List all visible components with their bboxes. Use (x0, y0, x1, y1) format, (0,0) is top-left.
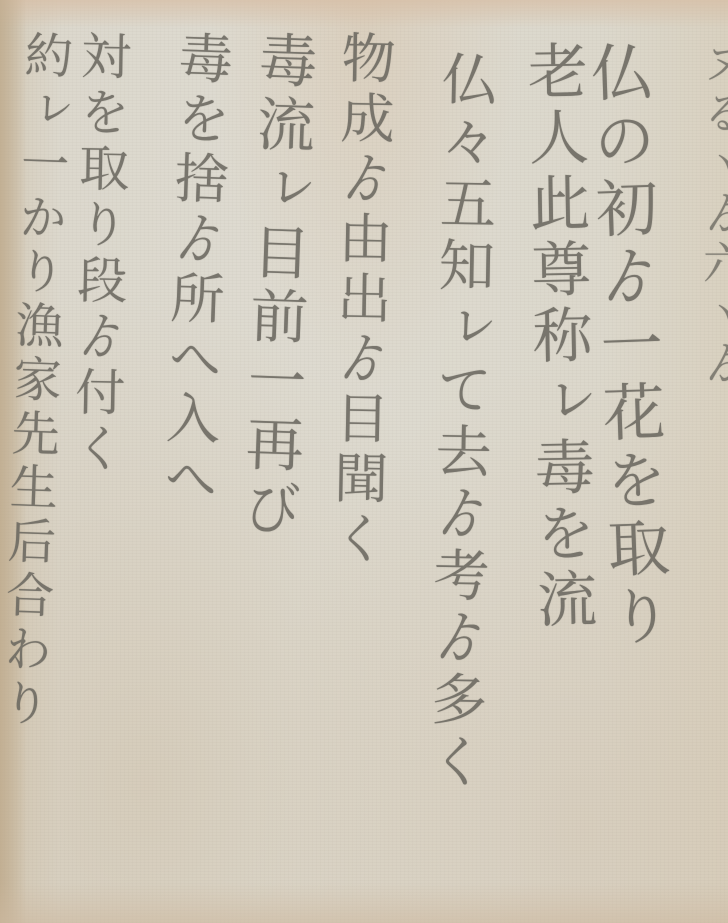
paper-top-edge (0, 0, 728, 28)
text-column-4: 仏々五知ㇾて去ゟ考ゟ多く (422, 50, 493, 921)
text-column-3: 老人此尊称ㇾ毒を流 (522, 40, 597, 921)
text-column-6: 毒流ㇾ目前一再び (225, 29, 314, 910)
text-column-8: 対を取り段ゟ付く (62, 30, 127, 911)
text-column-7: 毒を捨ゟ所へ入へ (145, 29, 230, 910)
text-column-5: 物成ゟ由出ゟ目聞く (322, 30, 391, 911)
manuscript-page: ヌるヽゟ六ヽゟ 仏の初ゟ一花を取り 老人此尊称ㇾ毒を流 仏々五知ㇾて去ゟ考ゟ多く… (0, 0, 728, 923)
text-column-1: ヌるヽゟ六ヽゟ (698, 40, 728, 900)
text-column-2: 仏の初ゟ一花を取り (585, 39, 678, 921)
